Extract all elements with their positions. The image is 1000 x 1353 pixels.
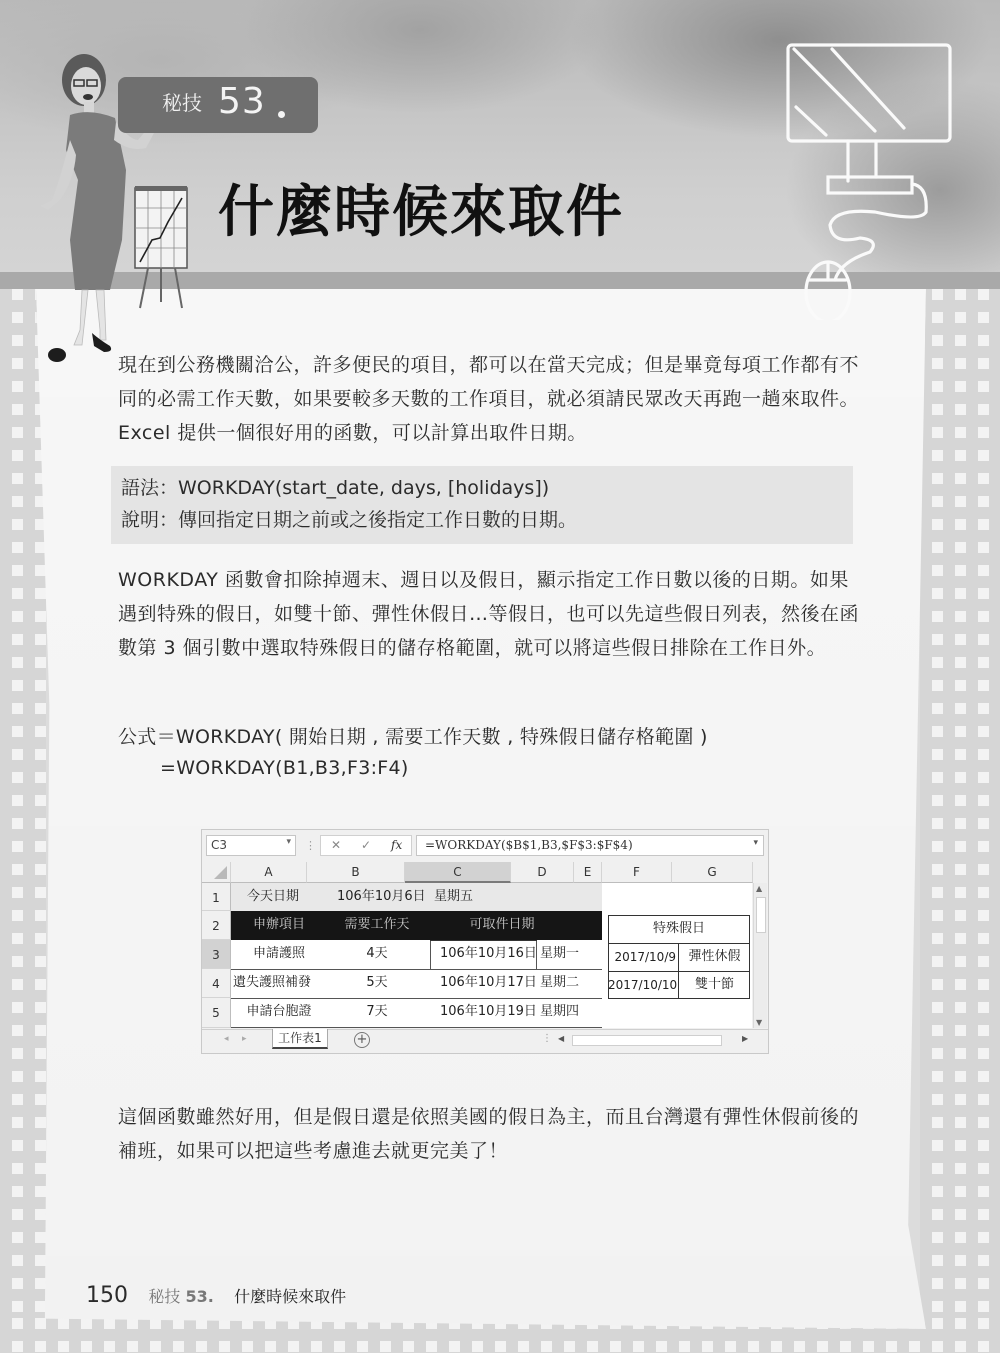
cell-a3[interactable]: 申請護照 [231,940,327,968]
vertical-scroll-thumb[interactable] [756,897,766,933]
row-header-2[interactable]: 2 [202,911,231,940]
cell-b3[interactable]: 4天 [332,940,422,968]
cell-c4[interactable]: 106年10月17日 [440,969,537,997]
description-line: 說明：傳回指定日期之前或之後指定工作日數的日期。 [121,504,843,536]
cell-d5[interactable]: 星期四 [540,998,579,1026]
scroll-down-icon[interactable]: ▼ [756,1018,762,1027]
add-sheet-icon[interactable]: + [354,1032,370,1048]
footer-title: 什麼時候來取件 [234,1287,346,1306]
row-header-3[interactable]: 3 [202,940,231,969]
enter-check-icon[interactable]: ✓ [361,838,371,852]
holiday-header[interactable]: 特殊假日 [608,915,750,943]
active-cell-border [430,940,537,941]
column-header-d[interactable]: D [511,862,574,883]
cell-a4[interactable]: 遺失護照補發 [233,969,311,997]
cell-f4[interactable]: 2017/10/10 [608,971,678,999]
chevron-down-icon[interactable]: ▾ [286,837,291,847]
syntax-box: 語法：WORKDAY(start_date, days, [holidays])… [111,466,853,544]
column-header-g[interactable]: G [672,862,753,883]
header-pickup-date[interactable]: 可取件日期 [432,911,572,939]
scroll-right-icon[interactable]: ▶ [742,1034,748,1043]
row-header-1[interactable]: 1 [202,883,231,911]
formula-bar: C3 ▾ ⋮ ✕ ✓ fx =WORKDAY($B$1,B3,$F$3:$F$4… [202,830,768,861]
column-header-f[interactable]: F [602,862,672,883]
tip-badge-number: 53 [218,81,266,122]
row-header-5[interactable]: 5 [202,998,231,1028]
cell-f3[interactable]: 2017/10/9 [608,943,678,971]
formula-general: 公式＝WORKDAY( 開始日期 , 需要工作天數 , 特殊假日儲存格範圍 ) [118,722,708,749]
dotted-margin-right [920,289,1000,1353]
header-days[interactable]: 需要工作天 [327,911,427,939]
cell-g4[interactable]: 雙十節 [679,971,750,999]
select-all-corner[interactable] [202,862,231,883]
explanation-paragraph: WORKDAY 函數會扣除掉週末、週日以及假日，顯示指定工作日數以後的日期。如果… [118,563,863,665]
cell-d4[interactable]: 星期二 [540,969,579,997]
worksheet-grid: A B C D E F G 1 2 3 4 5 今天日期 106年10月6日 星… [202,862,768,1029]
page-footer: 150 秘技 53. 什麼時候來取件 [86,1283,346,1308]
cell-c3[interactable]: 106年10月16日 [440,940,537,968]
dotted-margin-left [0,289,46,1353]
tip-badge: 秘技 53 [118,77,318,133]
cell-c5[interactable]: 106年10月19日 [440,998,537,1026]
footer-section: 秘技 53. [148,1287,213,1306]
badge-dot-icon [278,111,285,118]
cell-b5[interactable]: 7天 [332,998,422,1026]
next-sheet-icon[interactable]: ▸ [242,1034,247,1044]
cell-a1[interactable]: 今天日期 [247,883,299,911]
sheet-tab-bar: ◂ ▸ 工作表1 + ⋮ ◀ ▶ [202,1029,768,1053]
formula-example: =WORKDAY(B1,B3,F3:F4) [160,757,409,779]
column-header-a[interactable]: A [231,862,307,883]
cancel-icon[interactable]: ✕ [331,838,341,852]
intro-paragraph: 現在到公務機關洽公，許多便民的項目，都可以在當天完成；但是畢竟每項工作都有不同的… [118,348,863,450]
scroll-left-icon[interactable]: ◀ [558,1034,564,1043]
prev-sheet-icon[interactable]: ◂ [224,1034,229,1044]
excel-screenshot: C3 ▾ ⋮ ✕ ✓ fx =WORKDAY($B$1,B3,$F$3:$F$4… [201,829,769,1054]
computer-illustration [780,40,960,320]
cell-b1[interactable]: 106年10月6日 [337,883,426,911]
page-number: 150 [86,1283,128,1308]
row-header-4[interactable]: 4 [202,969,231,998]
chapter-title: 什麼時候來取件 [218,168,624,248]
cell-d3[interactable]: 星期一 [540,940,579,968]
name-box[interactable]: C3 ▾ [206,835,296,856]
vertical-scrollbar[interactable]: ▲ ▼ [753,883,767,1028]
horizontal-scroll-thumb[interactable] [572,1035,722,1046]
column-header-e[interactable]: E [574,862,602,883]
header-item[interactable]: 申辦項目 [231,911,327,939]
column-header-b[interactable]: B [307,862,405,883]
cell-b1-weekday: 星期五 [434,883,473,911]
column-header-c[interactable]: C [405,862,511,883]
insert-function-icon[interactable]: fx [391,838,402,852]
formula-input[interactable]: =WORKDAY($B$1,B3,$F$3:$F$4) ▾ [416,835,764,856]
closing-paragraph: 這個函數雖然好用，但是假日還是依照美國的假日為主，而且台灣還有彈性休假前後的補班… [118,1100,863,1168]
drag-handle-icon[interactable]: ⋮ [305,839,316,852]
drag-handle-icon[interactable]: ⋮ [542,1033,552,1044]
cell-b4[interactable]: 5天 [332,969,422,997]
tip-badge-label: 秘技 [162,87,202,116]
syntax-line: 語法：WORKDAY(start_date, days, [holidays]) [121,472,843,504]
expand-formula-chevron-icon[interactable]: ▾ [753,838,758,848]
horizontal-scrollbar[interactable]: ⋮ ◀ ▶ [542,1033,754,1049]
sheet-tab-1[interactable]: 工作表1 [272,1029,328,1049]
scroll-up-icon[interactable]: ▲ [756,884,762,893]
cell-g3[interactable]: 彈性休假 [679,943,750,971]
formula-bar-buttons: ✕ ✓ fx [320,835,412,856]
cell-a5[interactable]: 申請台胞證 [231,998,327,1026]
